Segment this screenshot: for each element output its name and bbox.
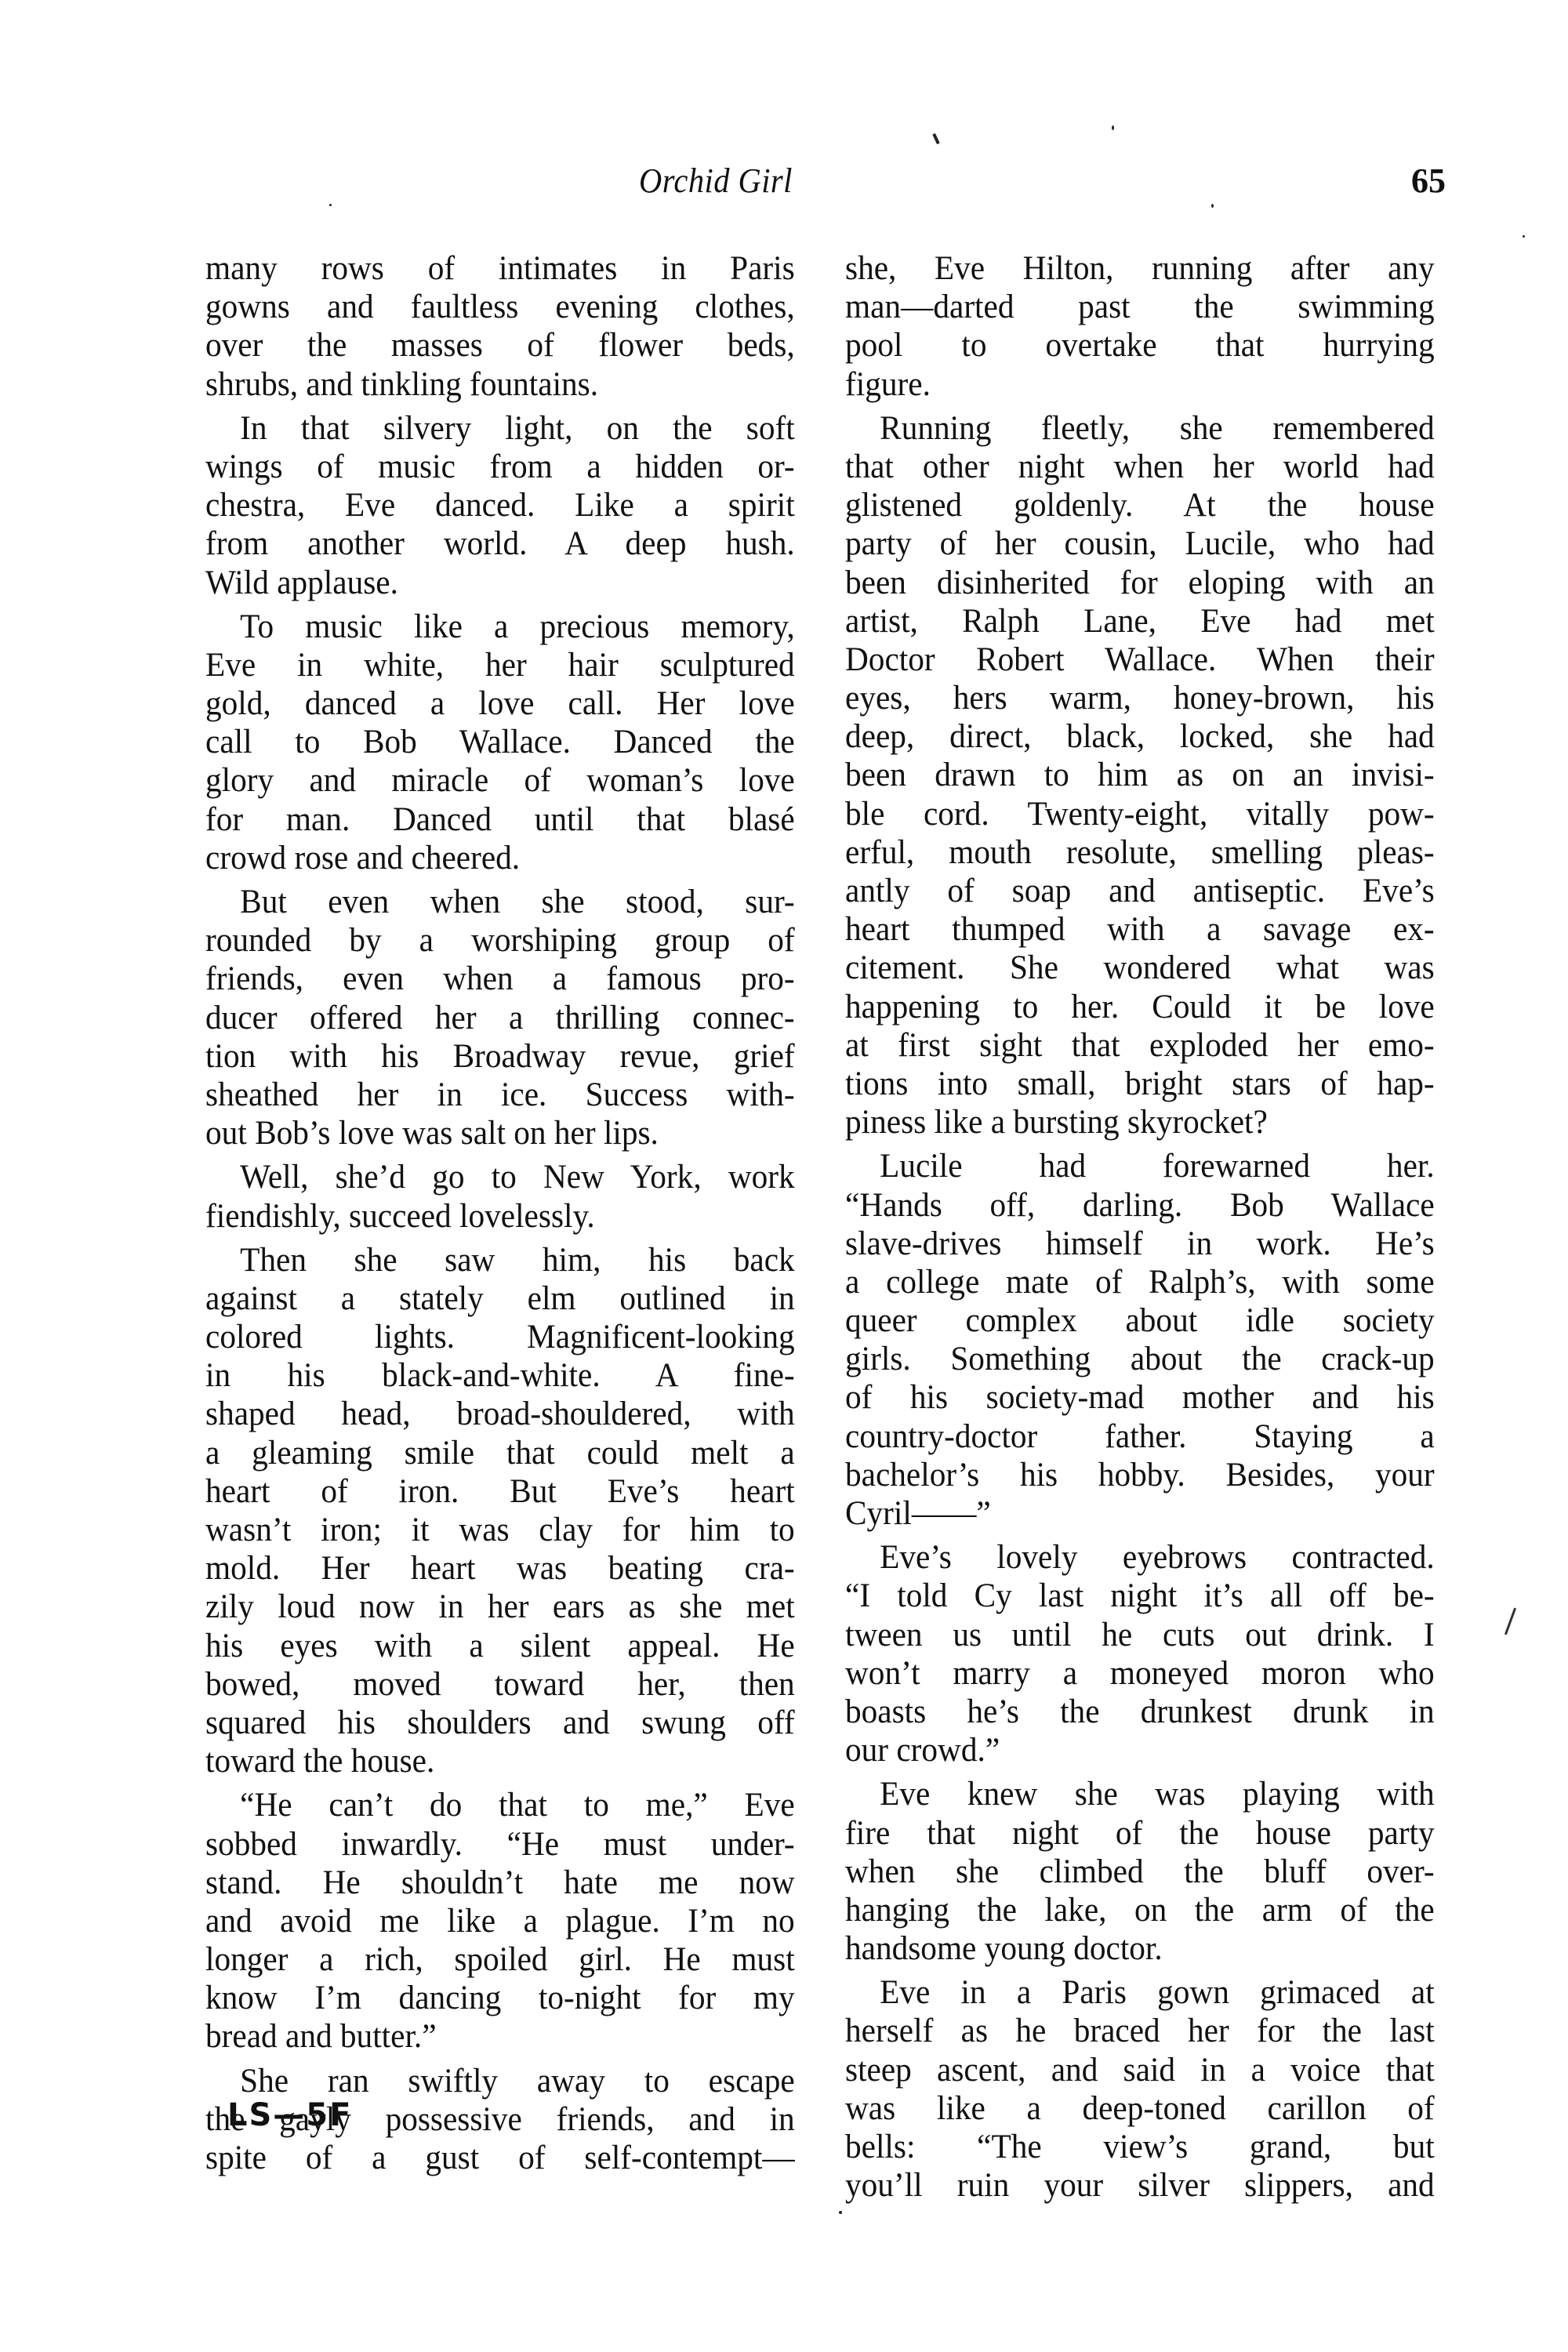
text-line: from another world. A deep hush. bbox=[205, 524, 795, 563]
text-line: tions into small, bright stars of hap- bbox=[845, 1065, 1435, 1103]
text-line: man—darted past the swimming bbox=[845, 288, 1435, 326]
text-line: many rows of intimates in Paris bbox=[205, 249, 795, 288]
paragraph-gap bbox=[205, 404, 795, 409]
paragraph-gap bbox=[845, 404, 1435, 409]
paragraph-gap bbox=[205, 602, 795, 608]
paragraph-gap bbox=[205, 1780, 795, 1786]
scan-speck bbox=[839, 2211, 842, 2214]
text-line: sheathed her in ice. Success with- bbox=[205, 1076, 795, 1114]
paragraph-gap bbox=[205, 1152, 795, 1158]
text-line: gold, danced a love call. Her love bbox=[205, 684, 795, 723]
page-number: 65 bbox=[1411, 161, 1446, 201]
text-line: pool to overtake that hurrying bbox=[845, 326, 1435, 365]
paragraph-gap bbox=[845, 1533, 1435, 1538]
text-line: mold. Her heart was beating cra- bbox=[205, 1549, 795, 1588]
text-line: ducer offered her a thrilling connec- bbox=[205, 999, 795, 1037]
text-line: zily loud now in her ears as she met bbox=[205, 1588, 795, 1626]
text-line: a gleaming smile that could melt a bbox=[205, 1434, 795, 1472]
text-line: fiendishly, succeed lovelessly. bbox=[205, 1197, 795, 1236]
text-line: antly of soap and antiseptic. Eve’s bbox=[845, 872, 1435, 910]
text-line: wings of music from a hidden or- bbox=[205, 448, 795, 486]
text-line: To music like a precious memory, bbox=[205, 608, 795, 646]
text-line: friends, even when a famous pro- bbox=[205, 960, 795, 998]
text-line: colored lights. Magnificent-looking bbox=[205, 1318, 795, 1356]
text-line: was like a deep-toned carillon of bbox=[845, 2089, 1435, 2128]
text-line: In that silvery light, on the soft bbox=[205, 409, 795, 448]
scan-speck bbox=[329, 204, 332, 206]
text-line: at first sight that exploded her emo- bbox=[845, 1026, 1435, 1065]
running-title: Orchid Girl bbox=[639, 161, 793, 201]
text-line: happening to her. Could it be love bbox=[845, 988, 1435, 1026]
text-line: bowed, moved toward her, then bbox=[205, 1665, 795, 1704]
text-line: for man. Danced until that blasé bbox=[205, 800, 795, 839]
text-line: chestra, Eve danced. Like a spirit bbox=[205, 486, 795, 524]
text-line: fire that night of the house party bbox=[845, 1814, 1435, 1853]
stray-pen-mark bbox=[1504, 1608, 1516, 1635]
text-line: wasn’t iron; it was clay for him to bbox=[205, 1511, 795, 1549]
paragraph-gap bbox=[205, 877, 795, 883]
text-line: boasts he’s the drunkest drunk in bbox=[845, 1693, 1435, 1731]
text-line: heart thumped with a savage ex- bbox=[845, 910, 1435, 949]
text-line: his eyes with a silent appeal. He bbox=[205, 1627, 795, 1665]
text-line: But even when she stood, sur- bbox=[205, 883, 795, 921]
scan-speck bbox=[932, 133, 940, 144]
text-line: ble cord. Twenty-eight, vitally pow- bbox=[845, 795, 1435, 833]
paragraph-gap bbox=[205, 1236, 795, 1241]
text-line: Cyril——” bbox=[845, 1494, 1435, 1533]
text-line: shaped head, broad-shouldered, with bbox=[205, 1395, 795, 1433]
text-line: “Hands off, darling. Bob Wallace bbox=[845, 1186, 1435, 1225]
text-line: longer a rich, spoiled girl. He must bbox=[205, 1940, 795, 1979]
text-line: Then she saw him, his back bbox=[205, 1241, 795, 1279]
text-line: citement. She wondered what was bbox=[845, 949, 1435, 987]
scan-speck bbox=[1523, 235, 1525, 238]
text-line: Lucile had forewarned her. bbox=[845, 1147, 1435, 1185]
text-line: tion with his Broadway revue, grief bbox=[205, 1037, 795, 1076]
text-line: piness like a bursting skyrocket? bbox=[845, 1103, 1435, 1142]
text-line: steep ascent, and said in a voice that bbox=[845, 2051, 1435, 2089]
text-line: over the masses of flower beds, bbox=[205, 326, 795, 365]
text-line: a college mate of Ralph’s, with some bbox=[845, 1263, 1435, 1301]
book-page: Orchid Girl 65 many rows of intimates in… bbox=[0, 0, 1568, 2352]
text-line: “He can’t do that to me,” Eve bbox=[205, 1786, 795, 1824]
scan-speck bbox=[1112, 125, 1114, 130]
text-line: queer complex about idle society bbox=[845, 1301, 1435, 1340]
paragraph-gap bbox=[845, 1769, 1435, 1775]
text-line: spite of a gust of self-contempt— bbox=[205, 2139, 795, 2177]
paragraph-gap bbox=[845, 1968, 1435, 1973]
text-line: hanging the lake, on the arm of the bbox=[845, 1891, 1435, 1929]
text-line: figure. bbox=[845, 365, 1435, 404]
paragraph-gap bbox=[205, 2056, 795, 2062]
text-line: erful, mouth resolute, smelling pleas- bbox=[845, 833, 1435, 872]
text-line: been drawn to him as on an invisi- bbox=[845, 756, 1435, 794]
text-line: artist, Ralph Lane, Eve had met bbox=[845, 602, 1435, 641]
scan-speck bbox=[1211, 204, 1214, 208]
text-line: squared his shoulders and swung off bbox=[205, 1704, 795, 1742]
text-line: Eve’s lovely eyebrows contracted. bbox=[845, 1538, 1435, 1577]
text-line: been disinherited for eloping with an bbox=[845, 564, 1435, 602]
text-line: she, Eve Hilton, running after any bbox=[845, 249, 1435, 288]
running-head: Orchid Girl 65 bbox=[0, 161, 1568, 208]
text-line: deep, direct, black, locked, she had bbox=[845, 717, 1435, 756]
text-line: and avoid me like a plague. I’m no bbox=[205, 1902, 795, 1940]
paragraph-gap bbox=[845, 1142, 1435, 1147]
text-line: tween us until he cuts out drink. I bbox=[845, 1616, 1435, 1654]
text-line: herself as he braced her for the last bbox=[845, 2012, 1435, 2050]
text-line: Doctor Robert Wallace. When their bbox=[845, 641, 1435, 679]
text-line: stand. He shouldn’t hate me now bbox=[205, 1864, 795, 1902]
text-line: heart of iron. But Eve’s heart bbox=[205, 1472, 795, 1511]
text-line: glistened goldenly. At the house bbox=[845, 486, 1435, 524]
text-line: bachelor’s his hobby. Besides, your bbox=[845, 1456, 1435, 1494]
text-line: won’t marry a moneyed moron who bbox=[845, 1654, 1435, 1693]
text-line: of his society-mad mother and his bbox=[845, 1378, 1435, 1417]
text-line: call to Bob Wallace. Danced the bbox=[205, 723, 795, 761]
text-line: when she climbed the bluff over- bbox=[845, 1853, 1435, 1891]
text-line: gowns and faultless evening clothes, bbox=[205, 288, 795, 326]
text-line: you’ll ruin your silver slippers, and bbox=[845, 2166, 1435, 2205]
text-column-left: many rows of intimates in Parisgowns and… bbox=[205, 249, 795, 2177]
text-line: country-doctor father. Staying a bbox=[845, 1417, 1435, 1456]
text-line: toward the house. bbox=[205, 1742, 795, 1780]
text-line: eyes, hers warm, honey-brown, his bbox=[845, 679, 1435, 717]
text-line: that other night when her world had bbox=[845, 448, 1435, 486]
text-line: party of her cousin, Lucile, who had bbox=[845, 524, 1435, 563]
text-line: girls. Something about the crack-up bbox=[845, 1340, 1435, 1378]
text-line: sobbed inwardly. “He must under- bbox=[205, 1825, 795, 1864]
text-line: Wild applause. bbox=[205, 564, 795, 602]
text-line: She ran swiftly away to escape bbox=[205, 2062, 795, 2100]
text-line: crowd rose and cheered. bbox=[205, 839, 795, 877]
text-line: Eve in a Paris gown grimaced at bbox=[845, 1973, 1435, 2012]
text-line: slave-drives himself in work. He’s bbox=[845, 1225, 1435, 1263]
text-line: glory and miracle of woman’s love bbox=[205, 761, 795, 800]
printer-signature-mark: LS—5F bbox=[227, 2097, 352, 2133]
text-line: our crowd.” bbox=[845, 1731, 1435, 1769]
text-column-right: she, Eve Hilton, running after anyman—da… bbox=[845, 249, 1435, 2205]
text-line: in his black-and-white. A fine- bbox=[205, 1356, 795, 1395]
text-line: know I’m dancing to-night for my bbox=[205, 1979, 795, 2017]
text-line: “I told Cy last night it’s all off be- bbox=[845, 1577, 1435, 1615]
text-line: Eve in white, her hair sculptured bbox=[205, 646, 795, 684]
text-line: Eve knew she was playing with bbox=[845, 1775, 1435, 1813]
text-line: against a stately elm outlined in bbox=[205, 1279, 795, 1318]
text-line: bread and butter.” bbox=[205, 2017, 795, 2056]
text-line: handsome young doctor. bbox=[845, 1929, 1435, 1968]
text-line: rounded by a worshiping group of bbox=[205, 921, 795, 960]
text-line: Well, she’d go to New York, work bbox=[205, 1158, 795, 1196]
text-line: shrubs, and tinkling fountains. bbox=[205, 365, 795, 404]
text-line: Running fleetly, she remembered bbox=[845, 409, 1435, 448]
text-line: out Bob’s love was salt on her lips. bbox=[205, 1114, 795, 1152]
text-line: bells: “The view’s grand, but bbox=[845, 2128, 1435, 2166]
